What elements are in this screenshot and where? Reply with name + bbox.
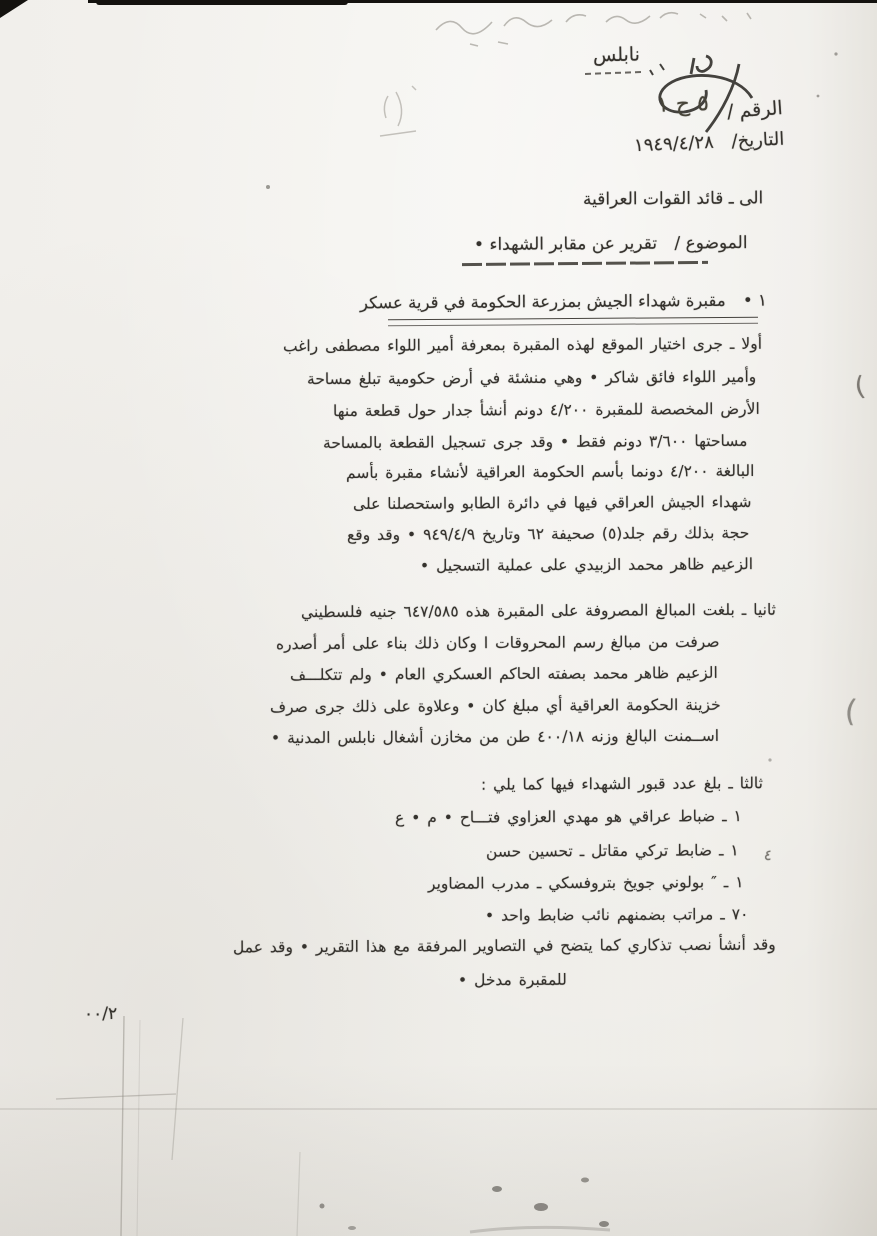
section-title-double-underline bbox=[388, 317, 758, 327]
closing-line: وقد أنشأ نصب تذكاري كما يتضح في التصاوير… bbox=[233, 936, 776, 957]
body-line: البالغة ٤/٢٠٠ دونما بأسم الحكومة العراقي… bbox=[346, 462, 755, 482]
section-marker: ١ • bbox=[743, 291, 767, 310]
body-line: الزعيم ظاهر محمد بصفته الحاكم العسكري ال… bbox=[290, 664, 718, 684]
date-label: التاريخ/ bbox=[731, 129, 785, 152]
subject-underline bbox=[462, 261, 708, 266]
list-heading: ثالثا ـ بلغ عدد قبور الشهداء فيها كما يل… bbox=[481, 774, 763, 793]
faint-handwriting-scribble bbox=[436, 13, 751, 46]
subject-label: الموضوع / bbox=[675, 233, 748, 254]
margin-check-mark: ٤ bbox=[763, 846, 773, 865]
margin-paren-mark: ) bbox=[853, 371, 867, 402]
body-line: خزينة الحكومة العراقية أي مبلغ كان • وعل… bbox=[270, 696, 721, 716]
page-continuation-marker: ٠٠/٢ bbox=[84, 1004, 117, 1024]
subject-line: الموضوع / تقرير عن مقابر الشهداء • bbox=[474, 233, 748, 255]
closing-line: للمقبرة مدخل • bbox=[458, 971, 567, 990]
body-line: مساحتها ٣/٦٠٠ دونم فقط • وقد جرى تسجيل ا… bbox=[323, 432, 747, 452]
section-title-line: ١ • مقبرة شهداء الجيش بمزرعة الحكومة في … bbox=[360, 291, 767, 313]
body-line: صرفت من مبالغ رسم المحروقات ا وكان ذلك ب… bbox=[275, 633, 719, 653]
date-line: التاريخ/ ١٩٤٩/٤/٢٨ bbox=[633, 129, 784, 157]
paper-crease-lines bbox=[56, 1016, 300, 1236]
top-edge-scan-artifact bbox=[96, 0, 348, 5]
list-item: ٧٠ ـ مراتب بضمنهم نائب ضابط واحد • bbox=[485, 905, 748, 924]
body-line: ثانيا ـ بلغت المبالغ المصروفة على المقبر… bbox=[301, 601, 776, 621]
list-item: ١ ـ ضباط عراقي هو مهدي العزاوي فتـــاح •… bbox=[395, 807, 742, 827]
body-line: الأرض المخصصة للمقبرة ٤/٢٠٠ دونم أنشأ جد… bbox=[333, 400, 760, 420]
date-value: ١٩٤٩/٤/٢٨ bbox=[633, 132, 714, 156]
body-line: وأمير اللواء فائق شاكر • وهي منشئة في أر… bbox=[307, 368, 756, 388]
section-title: مقبرة شهداء الجيش بمزرعة الحكومة في قرية… bbox=[360, 291, 726, 313]
body-line: أولا ـ جرى اختيار الموقع لهذه المقبرة بم… bbox=[283, 335, 762, 356]
subject-text: تقرير عن مقابر الشهداء • bbox=[474, 234, 657, 255]
body-line: حجة بذلك رقم جلد(٥) صحيفة ٦٢ وتاريخ ٩٤٩/… bbox=[347, 524, 749, 544]
city-underline bbox=[585, 71, 641, 75]
scanned-document-page: نابلس الرقم / ٥ ح ١ التاريخ/ ١٩٤٩/٤/٢٨ ا… bbox=[0, 0, 877, 1236]
city-name: نابلس bbox=[593, 44, 640, 67]
corner-scan-artifact bbox=[0, 0, 28, 18]
margin-paren-mark: ) bbox=[843, 693, 858, 729]
reference-number-label: الرقم / bbox=[727, 97, 784, 123]
body-line: شهداء الجيش العراقي فيها في دائرة الطابو… bbox=[353, 493, 752, 513]
body-line: الزعيم ظاهر محمد الزبيدي على عملية التسج… bbox=[420, 555, 753, 575]
bottom-ink-blots bbox=[320, 1178, 611, 1233]
recipient-line: الى ـ قائد القوات العراقية bbox=[583, 188, 763, 209]
faint-margin-scribble bbox=[380, 86, 416, 136]
reference-number-value: ٥ ح ١ bbox=[657, 91, 710, 118]
fold-shadow-line bbox=[0, 1108, 877, 1110]
list-item: ١ ـ ″ بولوني جويخ بتروفسكي ـ مدرب المضاو… bbox=[428, 873, 744, 893]
body-line: اســمنت البالغ وزنه ٤٠٠/١٨ طن من مخازن أ… bbox=[271, 727, 719, 747]
list-item: ١ ـ ضابط تركي مقاتل ـ تحسين حسن bbox=[486, 841, 739, 860]
